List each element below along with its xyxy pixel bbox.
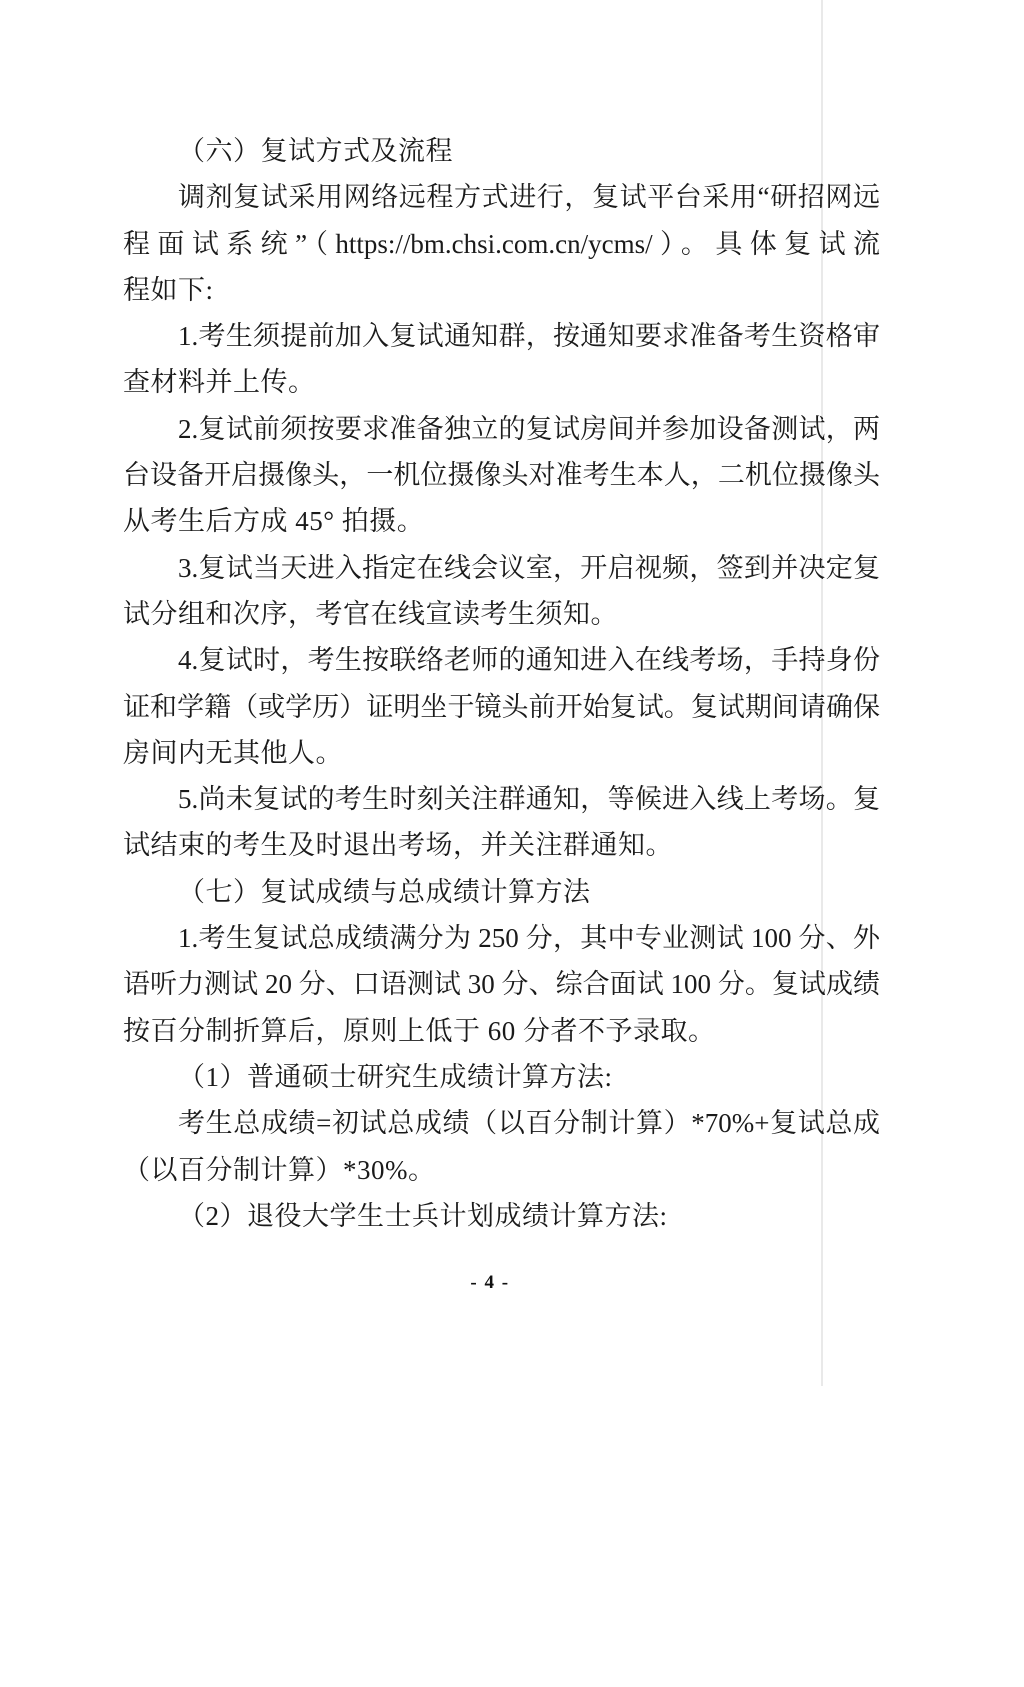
text-line: 按百分制折算后，原则上低于 60 分者不予录取。 (123, 1008, 880, 1054)
text-line: 2.复试前须按要求准备独立的复试房间并参加设备测试，两 (123, 406, 880, 452)
text-line: 从考生后方成 45° 拍摄。 (123, 498, 880, 544)
text-line: 证和学籍（或学历）证明坐于镜头前开始复试。复试期间请确保 (123, 684, 880, 730)
text-line: （1）普通硕士研究生成绩计算方法: (123, 1054, 880, 1100)
text-line: 程如下: (123, 267, 880, 313)
document-page: （六）复试方式及流程调剂复试采用网络远程方式进行，复试平台采用“研招网远程面试系… (0, 0, 1024, 1687)
text-line: 1.考生须提前加入复试通知群，按通知要求准备考生资格审 (123, 313, 880, 359)
text-line: 调剂复试采用网络远程方式进行，复试平台采用“研招网远 (123, 174, 880, 220)
page-number: - 4 - (0, 1272, 980, 1294)
text-line: 试分组和次序，考官在线宣读考生须知。 (123, 591, 880, 637)
text-line: 1.考生复试总成绩满分为 250 分，其中专业测试 100 分、外 (123, 915, 880, 961)
text-line: 4.复试时，考生按联络老师的通知进入在线考场，手持身份 (123, 637, 880, 683)
text-line: 查材料并上传。 (123, 359, 880, 405)
text-line: 房间内无其他人。 (123, 730, 880, 776)
text-line: （七）复试成绩与总成绩计算方法 (123, 869, 880, 915)
text-line: （以百分制计算）*30%。 (123, 1147, 880, 1193)
text-line: 3.复试当天进入指定在线会议室，开启视频，签到并决定复 (123, 545, 880, 591)
text-line: （六）复试方式及流程 (123, 128, 880, 174)
document-body: （六）复试方式及流程调剂复试采用网络远程方式进行，复试平台采用“研招网远程面试系… (123, 128, 880, 1239)
text-line: 语听力测试 20 分、口语测试 30 分、综合面试 100 分。复试成绩 (123, 961, 880, 1007)
text-line: 台设备开启摄像头，一机位摄像头对准考生本人，二机位摄像头 (123, 452, 880, 498)
text-line: 程面试系统”（https://bm.chsi.com.cn/ycms/）。具体复… (123, 221, 880, 267)
text-line: 试结束的考生及时退出考场，并关注群通知。 (123, 822, 880, 868)
text-line: （2）退役大学生士兵计划成绩计算方法: (123, 1193, 880, 1239)
text-line: 考生总成绩=初试总成绩（以百分制计算）*70%+复试总成绩 (123, 1100, 880, 1146)
text-line: 5.尚未复试的考生时刻关注群通知，等候进入线上考场。复 (123, 776, 880, 822)
